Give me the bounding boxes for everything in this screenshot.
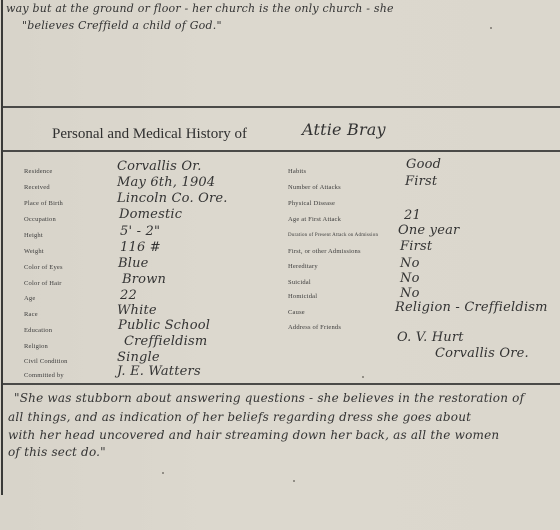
label-race: Race: [24, 311, 38, 318]
paper-speck: [362, 376, 364, 378]
narrative-line-2: all things, and as indication of her bel…: [8, 410, 471, 424]
narrative-line-1: "She was stubborn about answering questi…: [14, 391, 524, 405]
label-religion: Religion: [24, 343, 48, 350]
label-physical-disease: Physical Disease: [288, 200, 335, 207]
label-color-of-hair: Color of Hair: [24, 280, 62, 287]
value-cause: Religion - Creffieldism: [395, 300, 548, 315]
value-age-at-first-attack: 21: [404, 208, 421, 223]
label-weight: Weight: [24, 248, 44, 255]
label-duration-of-attack: Duration of Present Attack on Admission: [288, 233, 378, 238]
value-occupation: Domestic: [119, 207, 182, 222]
label-suicidal: Suicidal: [288, 279, 311, 286]
label-committed-by: Committed by: [24, 372, 64, 379]
value-age: 22: [120, 288, 137, 303]
value-religion: Creffieldism: [124, 334, 207, 349]
patient-name: Attie Bray: [302, 120, 386, 139]
document-page: way but at the ground or floor - her chu…: [0, 0, 560, 530]
paper-speck: [490, 27, 492, 29]
label-occupation: Occupation: [24, 216, 56, 223]
value-civil-condition: Single: [117, 350, 160, 365]
value-eye-color: Blue: [118, 256, 149, 271]
label-height: Height: [24, 232, 43, 239]
narrative-line-4: of this sect do.": [8, 445, 106, 459]
title-bottom-rule: [3, 150, 560, 152]
label-cause: Cause: [288, 309, 305, 316]
value-suicidal: No: [400, 271, 420, 286]
value-number-of-attacks: First: [405, 174, 437, 189]
value-homicidal: No: [400, 286, 420, 301]
value-education: Public School: [118, 318, 210, 333]
value-race: White: [117, 303, 157, 318]
narrative-line-3: with her head uncovered and hair streami…: [8, 428, 499, 442]
label-age: Age: [24, 295, 35, 302]
value-residence: Corvallis Or.: [117, 159, 202, 174]
value-weight: 116 #: [120, 240, 161, 255]
paper-speck: [162, 472, 164, 474]
label-received: Received: [24, 184, 50, 191]
form-title: Personal and Medical History of: [52, 126, 247, 143]
top-note-line-2: "believes Creffield a child of God.": [22, 19, 222, 32]
value-first-admission: First: [400, 239, 432, 254]
value-friend-city: Corvallis Ore.: [435, 346, 529, 361]
narrative-top-rule: [3, 383, 560, 385]
title-top-rule: [3, 106, 560, 108]
label-address-of-friends: Address of Friends: [288, 324, 341, 331]
label-residence: Residence: [24, 168, 53, 175]
top-note-line-1: way but at the ground or floor - her chu…: [6, 2, 394, 15]
value-received: May 6th, 1904: [117, 175, 215, 190]
label-number-of-attacks: Number of Attacks: [288, 184, 341, 191]
value-height: 5' - 2": [120, 224, 160, 239]
label-hereditary: Hereditary: [288, 263, 318, 270]
label-first-or-other-admissions: First, or other Admissions: [288, 248, 361, 255]
label-civil-condition: Civil Condition: [24, 358, 68, 365]
label-habits: Habits: [288, 168, 306, 175]
left-binding-border: [1, 0, 3, 495]
value-friend-name: O. V. Hurt: [397, 330, 464, 345]
label-homicidal: Homicidal: [288, 293, 317, 300]
value-habits: Good: [406, 157, 441, 172]
value-hereditary: No: [400, 256, 420, 271]
value-duration: One year: [398, 223, 459, 238]
label-place-of-birth: Place of Birth: [24, 200, 63, 207]
label-education: Education: [24, 327, 52, 334]
label-color-of-eyes: Color of Eyes: [24, 264, 63, 271]
value-committed-by: J. E. Watters: [117, 364, 201, 379]
paper-speck: [293, 480, 295, 482]
value-place-of-birth: Lincoln Co. Ore.: [117, 191, 228, 206]
value-hair-color: Brown: [122, 272, 166, 287]
label-age-at-first-attack: Age at First Attack: [288, 216, 341, 223]
